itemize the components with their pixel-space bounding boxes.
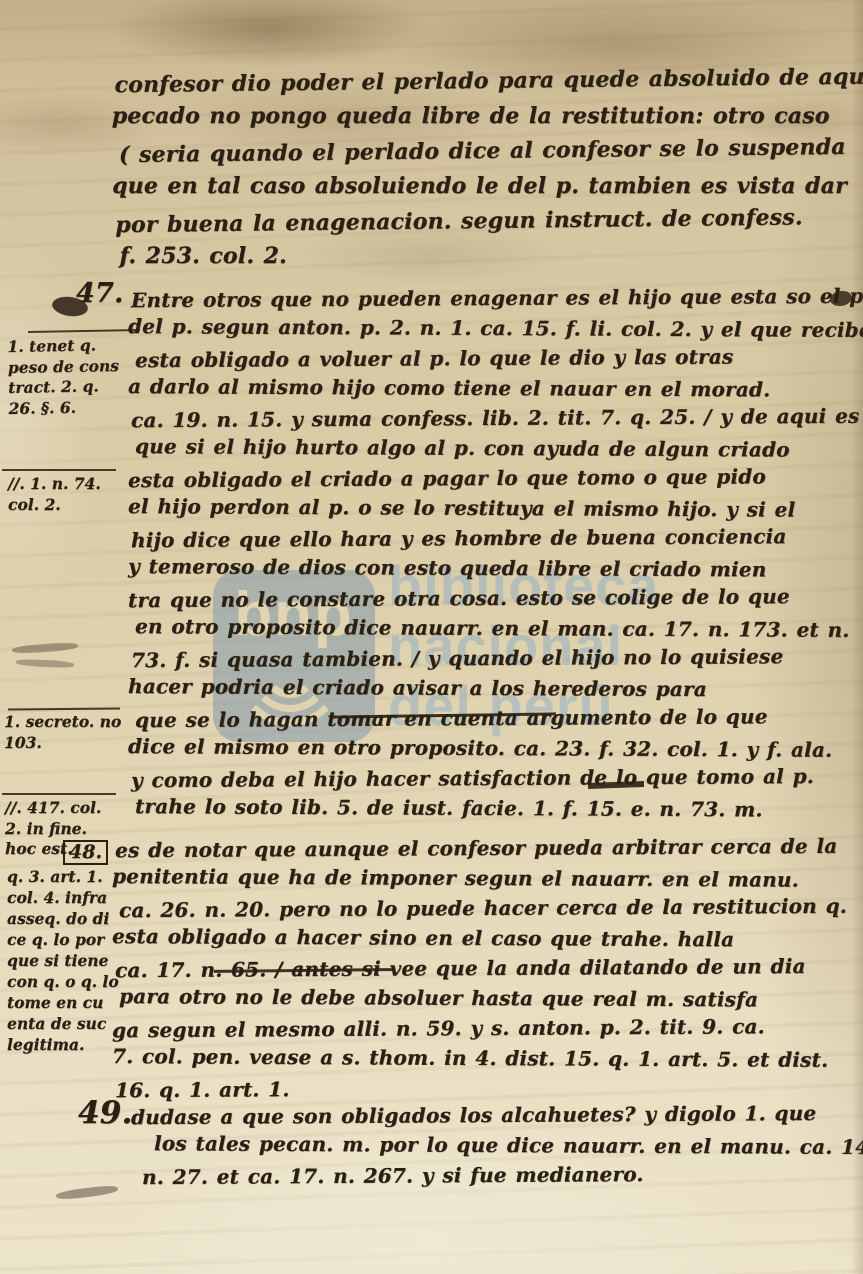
manuscript-line: esta obligado a hacer sino en el caso qu… xyxy=(112,921,854,955)
margin-note-line: 1. tenet q. xyxy=(7,335,118,357)
manuscript-line: ( seria quando el perlado dice al confes… xyxy=(112,130,854,173)
manuscript-line: dice el mismo en otro proposito. ca. 23.… xyxy=(128,731,854,765)
margin-note-line: //. 1. n. 74. xyxy=(8,474,101,495)
manuscript-line: por buena la enagenacion. segun instruct… xyxy=(112,200,854,243)
manuscript-line: esta obligado el criado a pagar lo que t… xyxy=(128,461,854,495)
margin-note: 1. tenet q.peso de constract. 2. q.26. §… xyxy=(7,335,119,419)
manuscript-line: en otro proposito dice nauarr. en el man… xyxy=(128,611,854,645)
margin-note-line: //. 417. col. xyxy=(5,798,101,819)
manuscript-line: y temeroso de dios con esto queda libre … xyxy=(128,551,854,585)
manuscript-line: tra que no le constare otra cosa. esto s… xyxy=(128,581,854,615)
margin-note: q. 3. art. 1.col. 4. infraasseq. do dice… xyxy=(7,866,119,1055)
manuscript-line: pecado no pongo queda libre de la restit… xyxy=(112,99,854,134)
manuscript-line: a darlo al mismo hijo como tiene el naua… xyxy=(128,371,854,405)
manuscript-line: ga segun el mesmo alli. n. 59. y s. anto… xyxy=(112,1011,854,1046)
text-block-s49: 49.dudase a que son obligados los alcahu… xyxy=(128,1100,854,1190)
manuscript-line: esta obligado a voluer al p. lo que le d… xyxy=(128,341,854,375)
manuscript-line: y como deba el hijo hacer satisfaction d… xyxy=(128,761,854,795)
manuscript-line: ca. 26. n. 20. pero no lo puede hacer ce… xyxy=(112,891,854,926)
margin-note-line: peso de cons xyxy=(8,356,119,378)
text-block-s48: es de notar que aunque el confesor pueda… xyxy=(112,833,854,1103)
manuscript-line: 7. col. pen. vease a s. thom. in 4. dist… xyxy=(112,1041,854,1075)
margin-note-line: enta de suc xyxy=(7,1013,119,1034)
manuscript-line: para otro no le debe absoluer hasta que … xyxy=(112,981,854,1015)
margin-note-line: col. 2. xyxy=(8,495,101,516)
manuscript-line: es de notar que aunque el confesor pueda… xyxy=(112,831,854,866)
manuscript-line: ca. 19. n. 15. y suma confess. lib. 2. t… xyxy=(128,401,854,435)
manuscript-line: 73. f. si quasa tambien. / y quando el h… xyxy=(128,641,854,675)
margin-note-line: asseq. do di xyxy=(7,908,119,929)
manuscript-line: que en tal caso absoluiendo le del p. ta… xyxy=(112,169,854,204)
margin-notes: 1. tenet q.peso de constract. 2. q.26. §… xyxy=(0,0,130,1274)
margin-note: //. 1. n. 74.col. 2. xyxy=(8,474,101,515)
margin-note-line: col. 4. infra xyxy=(7,887,119,908)
margin-note-line: 26. §. 6. xyxy=(8,397,119,419)
manuscript-line: dudase a que son obligados los alcahuete… xyxy=(128,1098,854,1132)
manuscript-line: hacer podria el criado avisar a los here… xyxy=(128,671,854,705)
margin-note-line: tract. 2. q. xyxy=(8,376,119,398)
boxed-section-number: 48. xyxy=(63,840,108,865)
margin-note-line: 103. xyxy=(4,733,121,754)
manuscript-line: n. 27. et ca. 17. n. 267. y si fue media… xyxy=(128,1158,854,1192)
margin-note-line: legitima. xyxy=(7,1034,119,1055)
margin-note: //. 417. col.2. in fine.hoc est.48. xyxy=(5,798,101,860)
manuscript-line: que si el hijo hurto algo al p. con ayud… xyxy=(128,431,854,465)
margin-note-line: que si tiene xyxy=(7,950,119,971)
manuscript-line: que se lo hagan tomar en cuenta argument… xyxy=(128,701,854,735)
text-block-intro: confesor dio poder el perlado para quede… xyxy=(111,62,854,276)
manuscript-line: Entre otros que no pueden enagenar es el… xyxy=(128,281,854,315)
manuscript-page: bnp biblioteca nacional del perú confeso… xyxy=(0,0,863,1274)
margin-note-line: q. 3. art. 1. xyxy=(7,866,119,887)
manuscript-line: confesor dio poder el perlado para quede… xyxy=(111,60,853,103)
text-block-s47: 47.Entre otros que no pueden enagenar es… xyxy=(128,283,854,823)
margin-note-line: tome en cu xyxy=(7,992,119,1013)
manuscript-line: ca. 17. n. 65. / antes si vee que la and… xyxy=(112,951,854,986)
margin-rule xyxy=(2,469,116,471)
margin-note-line: con q. o q. lo xyxy=(7,971,119,992)
manuscript-line: trahe lo soto lib. 5. de iust. facie. 1.… xyxy=(128,791,854,825)
manuscript-line: el hijo perdon al p. o se lo restituya e… xyxy=(128,491,854,525)
margin-rule xyxy=(2,793,116,795)
margin-note-line: 2. in fine. xyxy=(5,819,101,840)
margin-note-line: ce q. lo por xyxy=(7,929,119,950)
manuscript-line: del p. segun anton. p. 2. n. 1. ca. 15. … xyxy=(128,311,854,345)
margin-note-line: 1. secreto. no xyxy=(4,712,121,733)
manuscript-line: hijo dice que ello hara y es hombre de b… xyxy=(128,521,854,555)
margin-note: 1. secreto. no103. xyxy=(4,712,121,753)
manuscript-line: penitentia que ha de imponer segun el na… xyxy=(112,861,854,895)
manuscript-line: los tales pecan. m. por lo que dice naua… xyxy=(128,1128,854,1162)
manuscript-line: f. 253. col. 2. xyxy=(112,239,854,274)
